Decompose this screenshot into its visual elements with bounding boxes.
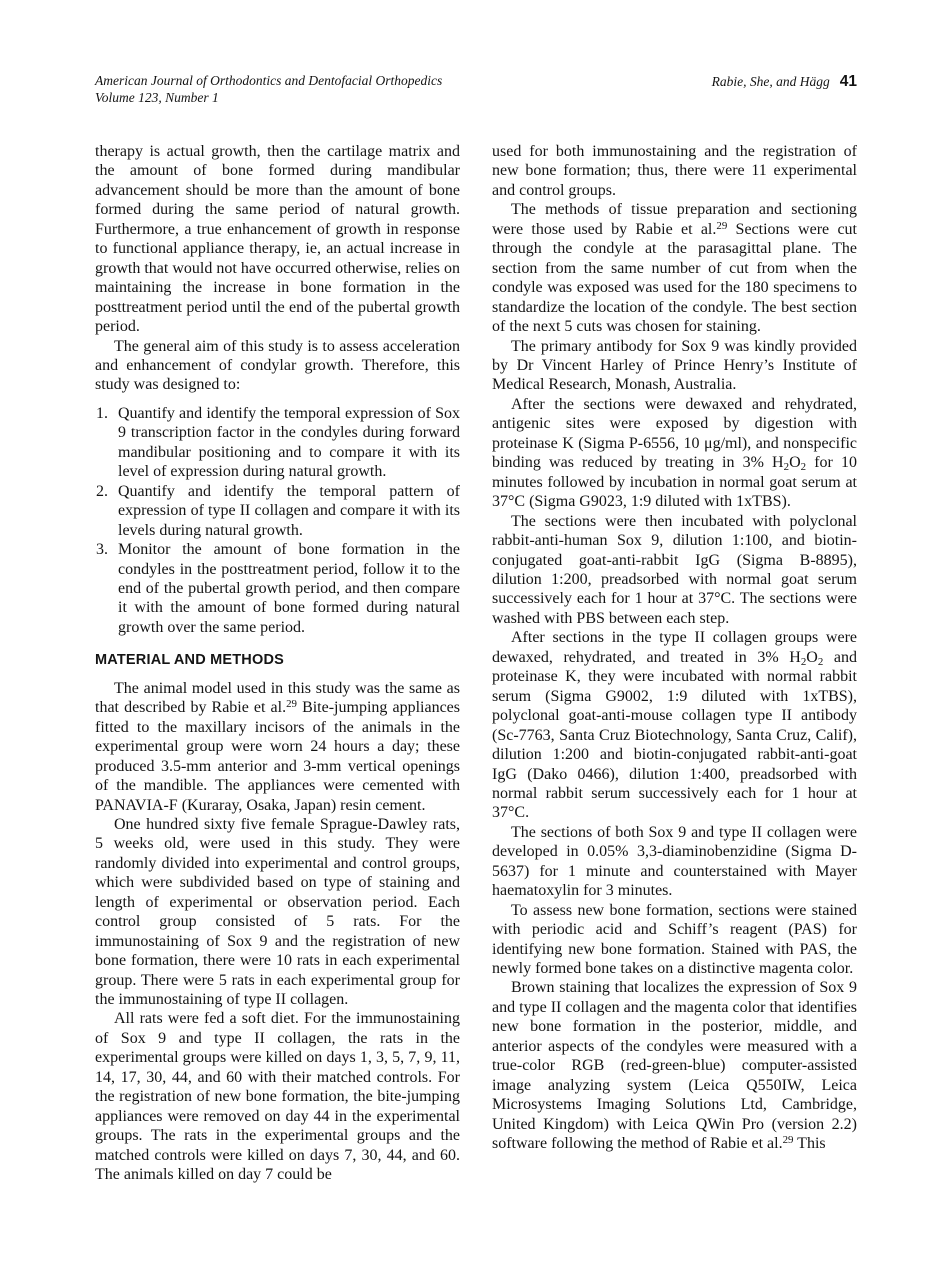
paragraph-image-analysis: Brown staining that localizes the expres…: [492, 978, 857, 1153]
paragraph-continuation: therapy is actual growth, then the carti…: [95, 142, 460, 337]
paragraph-sox9-incubation: The sections were then incubated with po…: [492, 512, 857, 629]
list-item-2: 2. Quantify and identify the temporal pa…: [95, 482, 460, 540]
page-number: 41: [840, 73, 857, 91]
paragraph-development: The sections of both Sox 9 and type II c…: [492, 823, 857, 901]
list-item-3: 3. Monitor the amount of bone formation …: [95, 540, 460, 637]
paragraph-tissue-preparation: The methods of tissue preparation and se…: [492, 200, 857, 336]
paragraph-study-aim: The general aim of this study is to asse…: [95, 337, 460, 395]
running-head: American Journal of Orthodontics and Den…: [95, 73, 857, 106]
list-item-text: Monitor the amount of bone formation in …: [118, 540, 460, 637]
page-body: therapy is actual growth, then the carti…: [95, 142, 857, 1185]
list-item-1: 1. Quantify and identify the temporal ex…: [95, 404, 460, 482]
running-head-authors: Rabie, She, and Hägg: [712, 74, 830, 90]
paragraph-diet-schedule: All rats were fed a soft diet. For the i…: [95, 1009, 460, 1184]
paragraph-primary-antibody: The primary antibody for Sox 9 was kindl…: [492, 337, 857, 395]
paragraph-rats-groups: One hundred sixty five female Sprague-Da…: [95, 815, 460, 1010]
paragraph-antigen-exposure: After the sections were dewaxed and rehy…: [492, 395, 857, 512]
left-column: therapy is actual growth, then the carti…: [95, 142, 460, 1185]
list-number: 3.: [96, 540, 108, 559]
journal-page: { "header": { "journal": "American Journ…: [0, 0, 950, 1272]
objectives-list: 1. Quantify and identify the temporal ex…: [95, 404, 460, 637]
journal-title-block: American Journal of Orthodontics and Den…: [95, 73, 442, 106]
list-item-text: Quantify and identify the temporal expre…: [118, 404, 460, 482]
paragraph-continuation: used for both immunostaining and the reg…: [492, 142, 857, 200]
list-number: 1.: [96, 404, 108, 423]
running-head-right: Rabie, She, and Hägg 41: [712, 73, 857, 91]
journal-title: American Journal of Orthodontics and Den…: [95, 73, 442, 90]
paragraph-animal-model: The animal model used in this study was …: [95, 679, 460, 815]
volume-issue: Volume 123, Number 1: [95, 90, 442, 107]
right-column: used for both immunostaining and the reg…: [492, 142, 857, 1185]
list-number: 2.: [96, 482, 108, 501]
list-item-text: Quantify and identify the temporal patte…: [118, 482, 460, 540]
paragraph-pas-staining: To assess new bone formation, sections w…: [492, 901, 857, 979]
section-heading-material-and-methods: MATERIAL AND METHODS: [95, 651, 460, 670]
paragraph-collagen-incubation: After sections in the type II collagen g…: [492, 628, 857, 823]
